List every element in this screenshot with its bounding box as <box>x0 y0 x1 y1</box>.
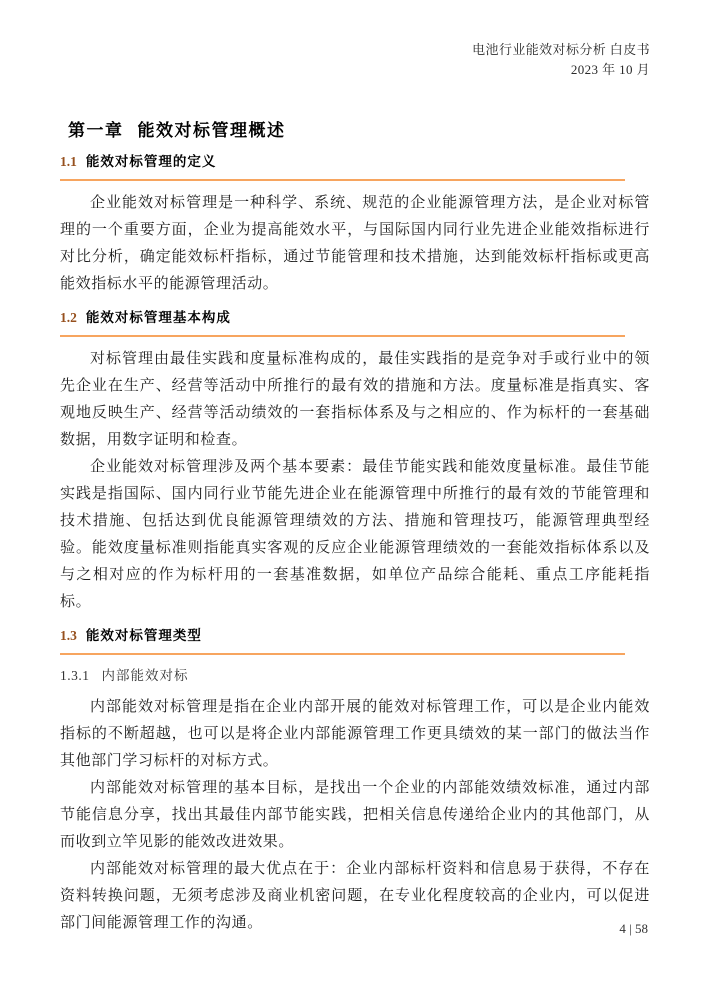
section-title-1-2: 能效对标管理基本构成 <box>86 310 231 325</box>
section-heading-1-3: 1.3能效对标管理类型 <box>60 627 625 655</box>
paragraph-composition-2: 企业能效对标管理涉及两个基本要素：最佳节能实践和能效度量标准。最佳节能实践是指国… <box>60 453 650 615</box>
document-page: 电池行业能效对标分析 白皮书 2023 年 10 月 第一章能效对标管理概述 1… <box>0 0 710 1004</box>
header-date: 2023 年 10 月 <box>60 60 650 80</box>
section-title-1-3: 能效对标管理类型 <box>86 628 202 643</box>
subsection-heading-1-3-1: 1.3.1内部能效对标 <box>60 667 650 685</box>
subsection-title-1-3-1: 内部能效对标 <box>102 668 189 683</box>
page-header: 电池行业能效对标分析 白皮书 2023 年 10 月 <box>60 40 650 80</box>
section-number-1-3: 1.3 <box>60 628 77 643</box>
paragraph-composition-1: 对标管理由最佳实践和度量标准构成的，最佳实践指的是竞争对手或行业中的领先企业在生… <box>60 345 650 453</box>
section-number-1-1: 1.1 <box>60 154 77 169</box>
subsection-number-1-3-1: 1.3.1 <box>60 668 90 683</box>
page-footer: 4 | 58 <box>619 921 648 937</box>
section-number-1-2: 1.2 <box>60 310 77 325</box>
chapter-title-text: 能效对标管理概述 <box>138 121 286 140</box>
page-number: 4 | 58 <box>619 921 648 936</box>
paragraph-internal-2: 内部能效对标管理的基本目标，是找出一个企业的内部能效绩效标准，通过内部节能信息分… <box>60 774 650 855</box>
paragraph-internal-3: 内部能效对标管理的最大优点在于：企业内部标杆资料和信息易于获得，不存在资料转换问… <box>60 855 650 936</box>
section-title-1-1: 能效对标管理的定义 <box>86 154 217 169</box>
paragraph-definition: 企业能效对标管理是一种科学、系统、规范的企业能源管理方法，是企业对标管理的一个重… <box>60 189 650 297</box>
chapter-title: 第一章能效对标管理概述 <box>68 116 650 141</box>
header-title: 电池行业能效对标分析 白皮书 <box>60 40 650 60</box>
paragraph-internal-1: 内部能效对标管理是指在企业内部开展的能效对标管理工作，可以是企业内能效指标的不断… <box>60 693 650 774</box>
section-heading-1-1: 1.1能效对标管理的定义 <box>60 153 625 181</box>
section-heading-1-2: 1.2能效对标管理基本构成 <box>60 309 625 337</box>
chapter-number: 第一章 <box>68 121 124 140</box>
